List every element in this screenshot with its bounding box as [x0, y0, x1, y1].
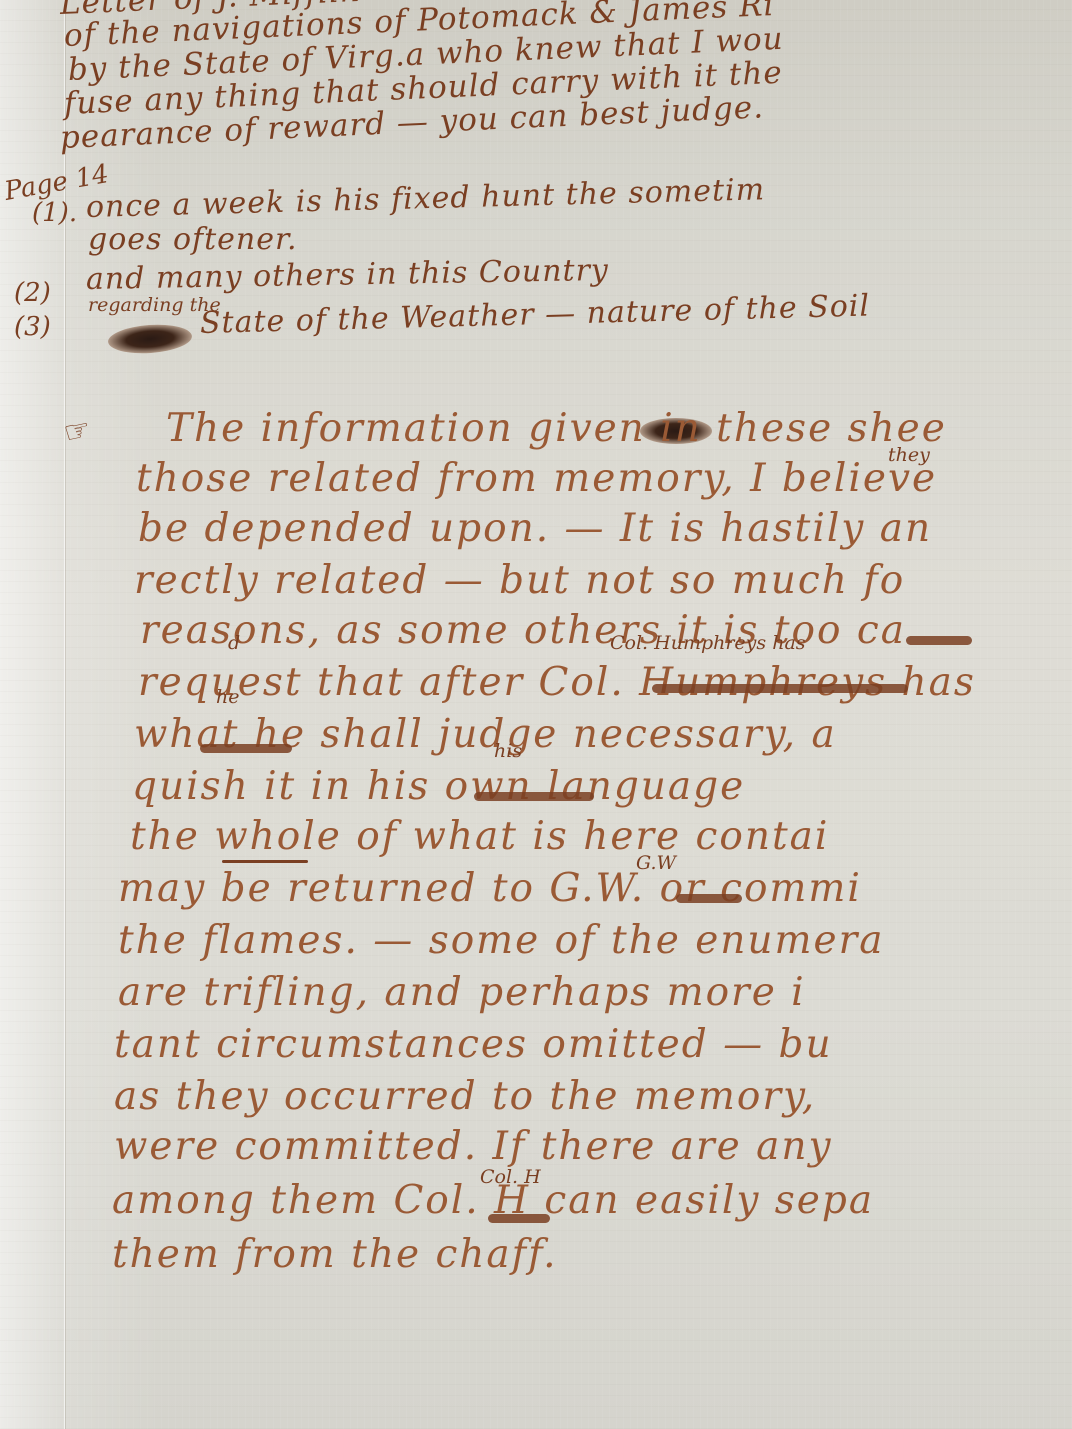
note-marker-1: (1). — [32, 198, 77, 228]
strikethrough — [488, 1214, 550, 1223]
note-text-1: once a week is his fixed hunt the someti… — [86, 172, 766, 225]
strikethrough — [652, 684, 908, 693]
pointing-hand-icon: ☞ — [61, 412, 95, 452]
manuscript-line: the flames. — some of the enumera — [118, 918, 885, 963]
manuscript-line: as they occurred to the memory, — [114, 1074, 816, 1119]
manuscript-line: be depended upon. — It is hastily an — [138, 506, 932, 551]
interlinear-insertion: his — [494, 740, 522, 762]
manuscript-line: them from the chaff. — [112, 1232, 558, 1277]
underline-mark — [222, 860, 308, 863]
manuscript-line: those related from memory, I believe — [136, 456, 937, 501]
manuscript-line: are trifling, and perhaps more i — [118, 970, 806, 1015]
strikethrough — [474, 792, 594, 801]
interlinear-insertion: Col. Humphreys has — [610, 632, 806, 654]
note-text-2: and many others in this Country — [86, 253, 609, 297]
ink-blot — [107, 322, 193, 356]
note-marker-2: (2) — [14, 278, 51, 308]
strikethrough — [906, 636, 972, 645]
manuscript-page: Letter of J. Mifflin — and the doubt of … — [0, 0, 1072, 1429]
note-marker-3: (3) — [14, 312, 51, 342]
manuscript-line: request that after Col. Humphreys has — [138, 660, 976, 705]
manuscript-line: tant circumstances omitted — bu — [114, 1022, 833, 1067]
manuscript-line: The information given in these shee — [166, 406, 947, 451]
strikethrough — [200, 744, 292, 753]
interlinear-insertion: he — [216, 686, 239, 708]
manuscript-line: may be returned to G.W. or commi — [118, 866, 862, 911]
strikethrough — [676, 894, 742, 903]
manuscript-line: quish it in his own language — [132, 764, 745, 809]
note-continuation-1: goes oftener. — [88, 222, 298, 257]
note-text-3: State of the Weather — nature of the Soi… — [200, 288, 871, 341]
manuscript-line: the whole of what is here contai — [130, 814, 829, 859]
manuscript-line: rectly related — but not so much fo — [134, 558, 905, 603]
interlinear-insertion: d — [228, 632, 240, 654]
manuscript-line: were committed. If there are any — [114, 1124, 833, 1169]
